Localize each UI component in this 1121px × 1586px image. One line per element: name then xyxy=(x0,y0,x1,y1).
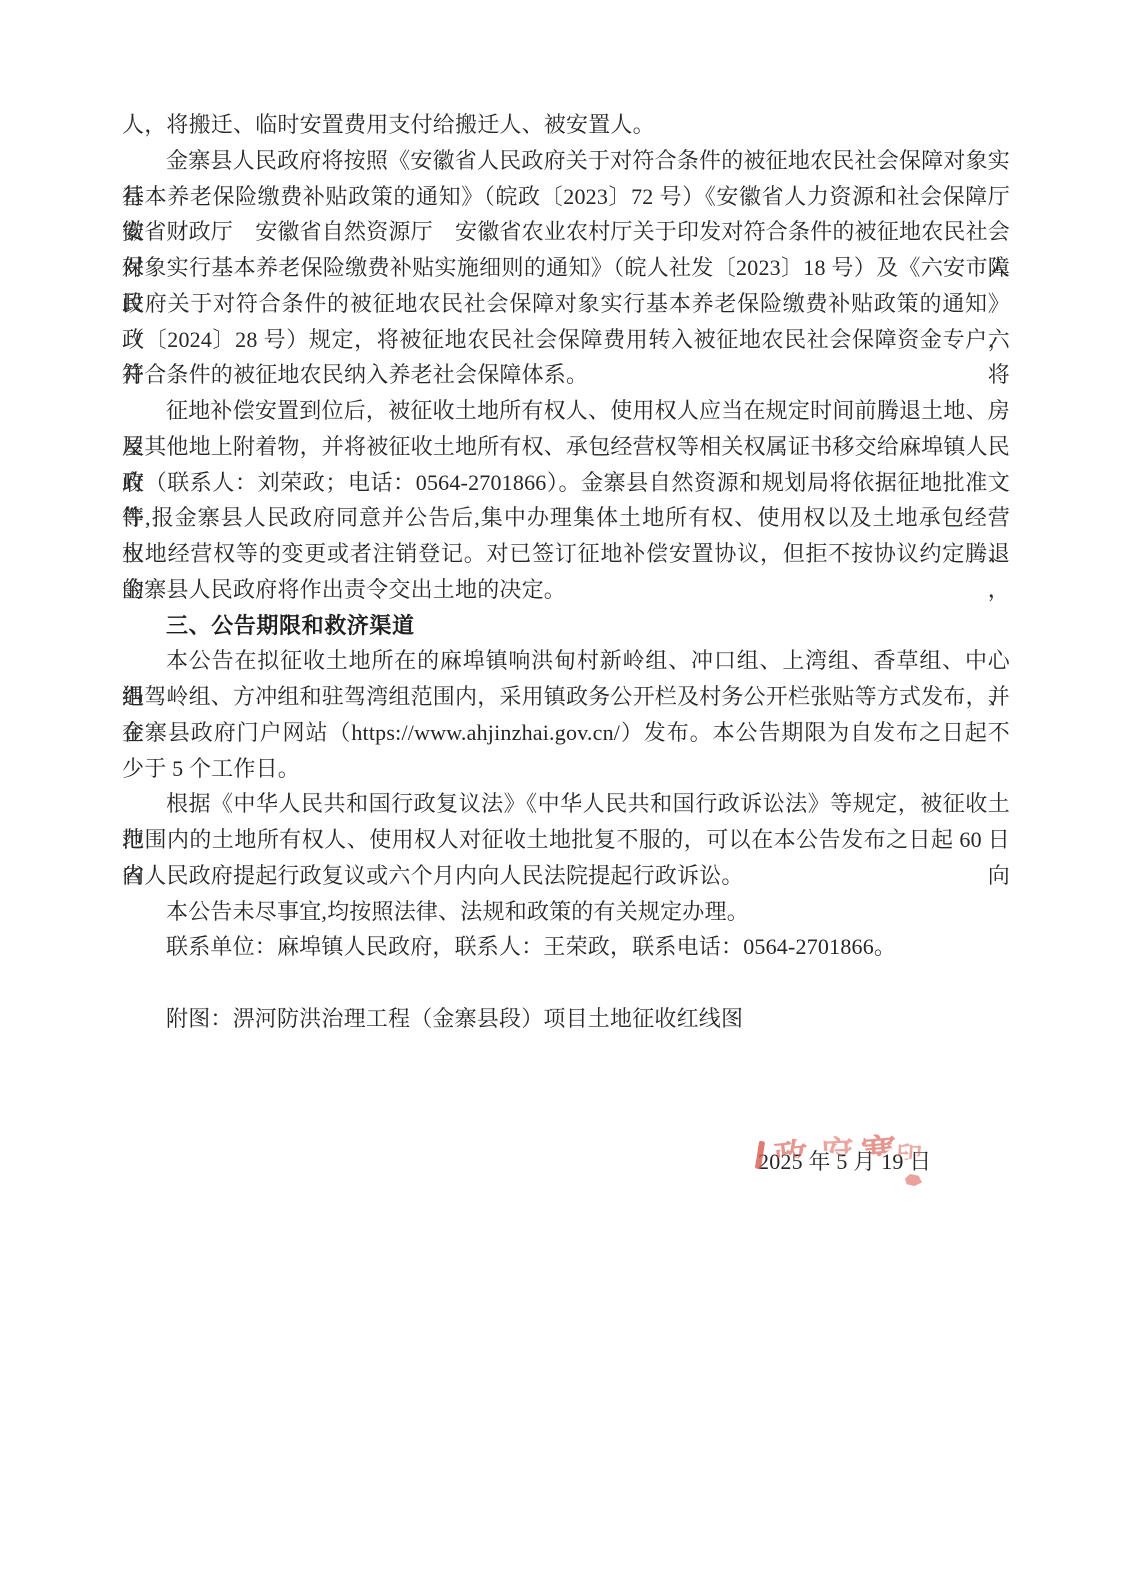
blank-line xyxy=(122,965,1010,1001)
body-line: 等,报金寨县人民政府同意并公告后,集中办理集体土地所有权、使用权以及土地承包经营… xyxy=(122,500,1010,536)
attachment-line: 附图：淠河防洪治理工程（金寨县段）项目土地征收红线图 xyxy=(122,1001,1010,1037)
blank-line xyxy=(122,1037,1010,1073)
date-line: 2025 年 5 月 19 日 xyxy=(122,1144,1010,1180)
body-line: 根据《中华人民共和国行政复议法》《中华人民共和国行政诉讼法》等规定，被征收土地 xyxy=(122,786,1010,822)
blank-line xyxy=(122,1072,1010,1108)
body-line: 政〔2024〕28 号）规定，将被征地农民社会保障费用转入被征地农民社会保障资金… xyxy=(122,322,1010,358)
body-line: 政府关于对符合条件的被征地农民社会保障对象实行基本养老保险缴费补贴政策的通知》（… xyxy=(122,286,1010,322)
body-line: 本公告未尽事宜,均按照法律、法规和政策的有关规定办理。 xyxy=(122,894,1010,930)
body-line: 征地补偿安置到位后，被征收土地所有权人、使用权人应当在规定时间前腾退土地、房屋 xyxy=(122,393,1010,429)
body-line: 遇驾岭组、方冲组和驻驾湾组范围内，采用镇政务公开栏及村务公开栏张贴等方式发布，并… xyxy=(122,679,1010,715)
section-heading: 三、公告期限和救济渠道 xyxy=(122,608,1010,644)
contact-line: 联系单位：麻埠镇人民政府，联系人：王荣政，联系电话：0564-2701866。 xyxy=(122,929,1010,965)
blank-line xyxy=(122,1108,1010,1144)
body-line: 金寨县政府门户网站（https://www.ahjinzhai.gov.cn/）… xyxy=(122,715,1010,751)
body-line: 府（联系人：刘荣政；电话：0564-2701866）。金寨县自然资源和规划局将依… xyxy=(122,465,1010,501)
body-line: 土地经营权等的变更或者注销登记。对已签订征地补偿安置协议，但拒不按协议约定腾退的… xyxy=(122,536,1010,572)
body-line: 基本养老保险缴费补贴政策的通知》（皖政〔2023〕72 号）《安徽省人力资源和社… xyxy=(122,179,1010,215)
body-line: 及其他地上附着物，并将被征收土地所有权、承包经营权等相关权属证书移交给麻埠镇人民… xyxy=(122,429,1010,465)
body-line: 徽省财政厅 安徽省自然资源厅 安徽省农业农村厅关于印发对符合条件的被征地农民社会… xyxy=(122,214,1010,250)
body-line: 对象实行基本养老保险缴费补贴实施细则的通知》（皖人社发〔2023〕18 号）及《… xyxy=(122,250,1010,286)
body-line: 人，将搬迁、临时安置费用支付给搬迁人、被安置人。 xyxy=(122,107,1010,143)
document-body: 人，将搬迁、临时安置费用支付给搬迁人、被安置人。 金寨县人民政府将按照《安徽省人… xyxy=(122,107,1010,1180)
body-line: 金寨县人民政府将按照《安徽省人民政府关于对符合条件的被征地农民社会保障对象实行 xyxy=(122,143,1010,179)
body-line: 本公告在拟征收土地所在的麻埠镇响洪甸村新岭组、冲口组、上湾组、香草组、中心组、 xyxy=(122,643,1010,679)
body-line: 范围内的土地所有权人、使用权人对征收土地批复不服的，可以在本公告发布之日起 60… xyxy=(122,822,1010,858)
body-line: 少于 5 个工作日。 xyxy=(122,751,1010,787)
scanned-announcement-page: 人，将搬迁、临时安置费用支付给搬迁人、被安置人。 金寨县人民政府将按照《安徽省人… xyxy=(0,0,1121,1586)
